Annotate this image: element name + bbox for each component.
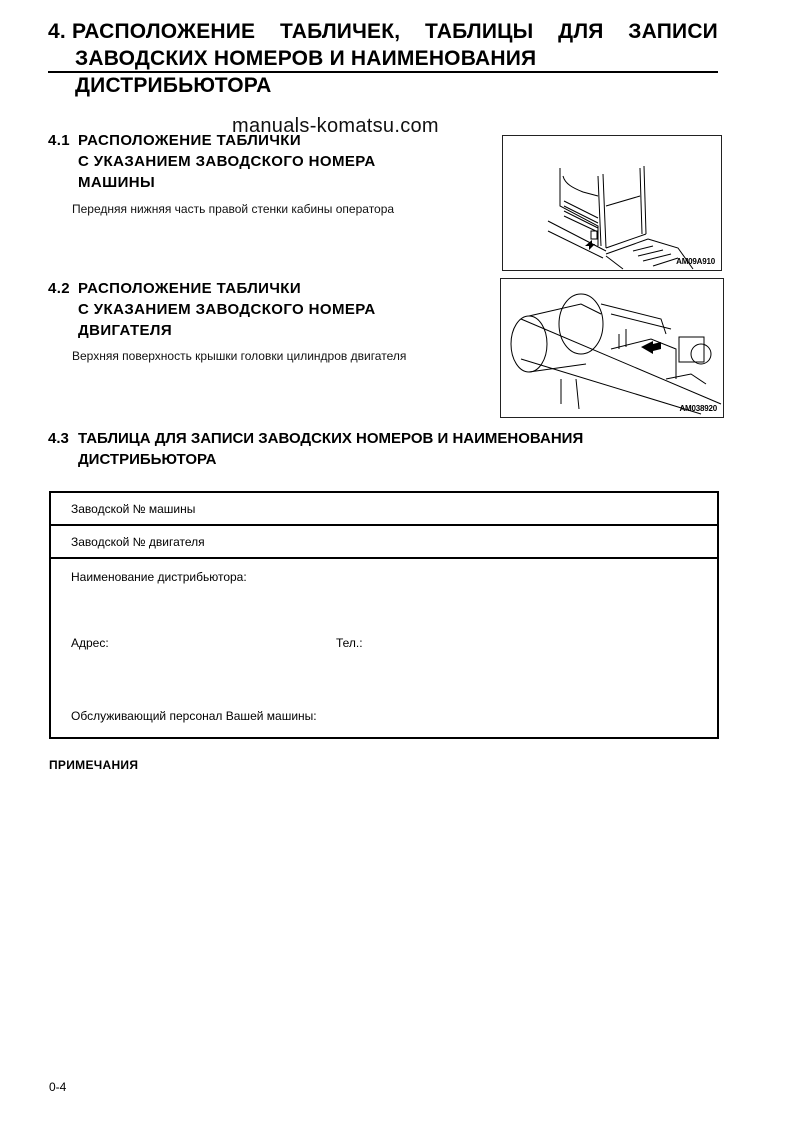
engine-serial-label: Заводской № двигателя xyxy=(71,535,205,549)
title-word: 4. РАСПОЛОЖЕНИЕ xyxy=(48,18,255,45)
notes-heading: ПРИМЕЧАНИЯ xyxy=(49,758,138,772)
title-underline xyxy=(48,71,718,73)
section-number: 4.2 xyxy=(48,278,78,299)
page-title: 4. РАСПОЛОЖЕНИЕ ТАБЛИЧЕК, ТАБЛИЦЫ ДЛЯ ЗА… xyxy=(48,18,718,99)
title-word: ЗАПИСИ xyxy=(628,18,718,45)
title-word: ТАБЛИЦЫ xyxy=(425,18,533,45)
page-number: 0-4 xyxy=(49,1080,66,1094)
heading-line: ДИСТРИБЬЮТОРА xyxy=(48,449,583,470)
heading-line: ДВИГАТЕЛЯ xyxy=(48,320,376,341)
cab-illustration-icon xyxy=(503,136,721,270)
title-word: ТАБЛИЧЕК, xyxy=(280,18,400,45)
heading-line: С УКАЗАНИЕМ ЗАВОДСКОГО НОМЕРА xyxy=(48,151,376,172)
figure-engine-plate-location: AM038920 xyxy=(500,278,724,418)
section-4-2-description: Верхняя поверхность крышки головки цилин… xyxy=(72,349,406,363)
heading-line: ТАБЛИЦА ДЛЯ ЗАПИСИ ЗАВОДСКИХ НОМЕРОВ И Н… xyxy=(78,430,583,447)
figure-cab-plate-location: AM09A910 xyxy=(502,135,722,271)
figure-code: AM09A910 xyxy=(676,257,715,266)
serial-number-record-table: Заводской № машины Заводской № двигателя… xyxy=(49,491,719,739)
heading-line: РАСПОЛОЖЕНИЕ ТАБЛИЧКИ xyxy=(78,132,301,149)
machine-serial-row[interactable]: Заводской № машины xyxy=(51,493,717,526)
address-label: Адрес: xyxy=(71,636,109,650)
section-4-3-heading: 4.3ТАБЛИЦА ДЛЯ ЗАПИСИ ЗАВОДСКИХ НОМЕРОВ … xyxy=(48,428,583,470)
distributor-info-block[interactable]: Наименование дистрибьютора: Адрес: Тел.:… xyxy=(51,559,717,737)
figure-code: AM038920 xyxy=(679,404,717,413)
section-number: 4.1 xyxy=(48,130,78,151)
heading-line: С УКАЗАНИЕМ ЗАВОДСКОГО НОМЕРА xyxy=(48,299,376,320)
section-4-1-heading: 4.1РАСПОЛОЖЕНИЕ ТАБЛИЧКИ С УКАЗАНИЕМ ЗАВ… xyxy=(48,130,376,193)
distributor-name-label: Наименование дистрибьютора: xyxy=(71,570,247,584)
page-title-line-1: 4. РАСПОЛОЖЕНИЕ ТАБЛИЧЕК, ТАБЛИЦЫ ДЛЯ ЗА… xyxy=(48,18,718,45)
engine-serial-row[interactable]: Заводской № двигателя xyxy=(51,526,717,559)
heading-line: РАСПОЛОЖЕНИЕ ТАБЛИЧКИ xyxy=(78,280,301,297)
heading-line: МАШИНЫ xyxy=(48,172,376,193)
engine-illustration-icon xyxy=(501,279,723,417)
section-number: 4.3 xyxy=(48,428,78,449)
machine-serial-label: Заводской № машины xyxy=(71,502,195,516)
section-4-2-heading: 4.2РАСПОЛОЖЕНИЕ ТАБЛИЧКИ С УКАЗАНИЕМ ЗАВ… xyxy=(48,278,376,341)
title-word: ДЛЯ xyxy=(558,18,603,45)
section-4-1-description: Передняя нижняя часть правой стенки каби… xyxy=(72,202,394,216)
phone-label: Тел.: xyxy=(336,636,363,650)
service-staff-label: Обслуживающий персонал Вашей машины: xyxy=(71,709,317,723)
